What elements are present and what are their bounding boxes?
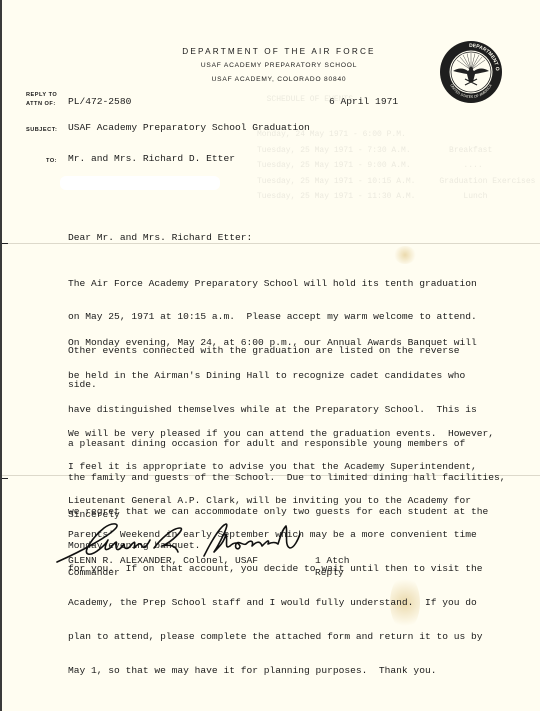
letter-page: SCHEDULE OF EVENTS Monday, 24 May 1971 -… — [0, 0, 540, 711]
fold-mark — [2, 243, 8, 244]
body-line: May 1, so that we may have it for planni… — [68, 665, 494, 676]
subject-value: USAF Academy Preparatory School Graduati… — [68, 122, 310, 133]
body-line: Academy, the Prep School staff and I wou… — [68, 597, 494, 608]
body-line: On Monday evening, May 24, at 6:00 p.m.,… — [68, 337, 506, 348]
signer-name: GLENN R. ALEXANDER, Colonel, USAF — [68, 555, 258, 566]
signer-title: Commander — [68, 567, 120, 578]
body-line: plan to attend, please complete the atta… — [68, 631, 494, 642]
closing: Sincerely — [68, 509, 120, 520]
to-label: TO: — [46, 158, 57, 164]
reference-number: PL/472-2580 — [68, 96, 131, 107]
attachment-name: Reply — [315, 567, 344, 578]
fold-mark — [2, 478, 8, 479]
dod-seal-icon: DEPARTMENT OF DEFENSE UNITED STATES OF A… — [439, 40, 503, 104]
body-line: Lieutenant General A.P. Clark, will be i… — [68, 495, 494, 506]
reverse-show-through: Monday, 24 May 1971 - 6:00 P.M. Tuesday,… — [257, 127, 535, 205]
attn-of-label: ATTN OF: — [26, 101, 56, 107]
body-line: We will be very pleased if you can atten… — [68, 428, 494, 439]
attachment-count: 1 Atch — [315, 555, 350, 566]
salutation: Dear Mr. and Mrs. Richard Etter: — [68, 232, 252, 243]
body-line: be held in the Airman's Dining Hall to r… — [68, 370, 506, 381]
redacted-address — [60, 176, 220, 190]
reply-to-label: REPLY TO — [26, 92, 57, 98]
letter-date: 6 April 1971 — [329, 96, 398, 107]
body-line: The Air Force Academy Preparatory School… — [68, 278, 477, 289]
recipient-name: Mr. and Mrs. Richard D. Etter — [68, 153, 235, 164]
subject-label: SUBJECT: — [26, 127, 57, 133]
body-line: I feel it is appropriate to advise you t… — [68, 461, 494, 472]
